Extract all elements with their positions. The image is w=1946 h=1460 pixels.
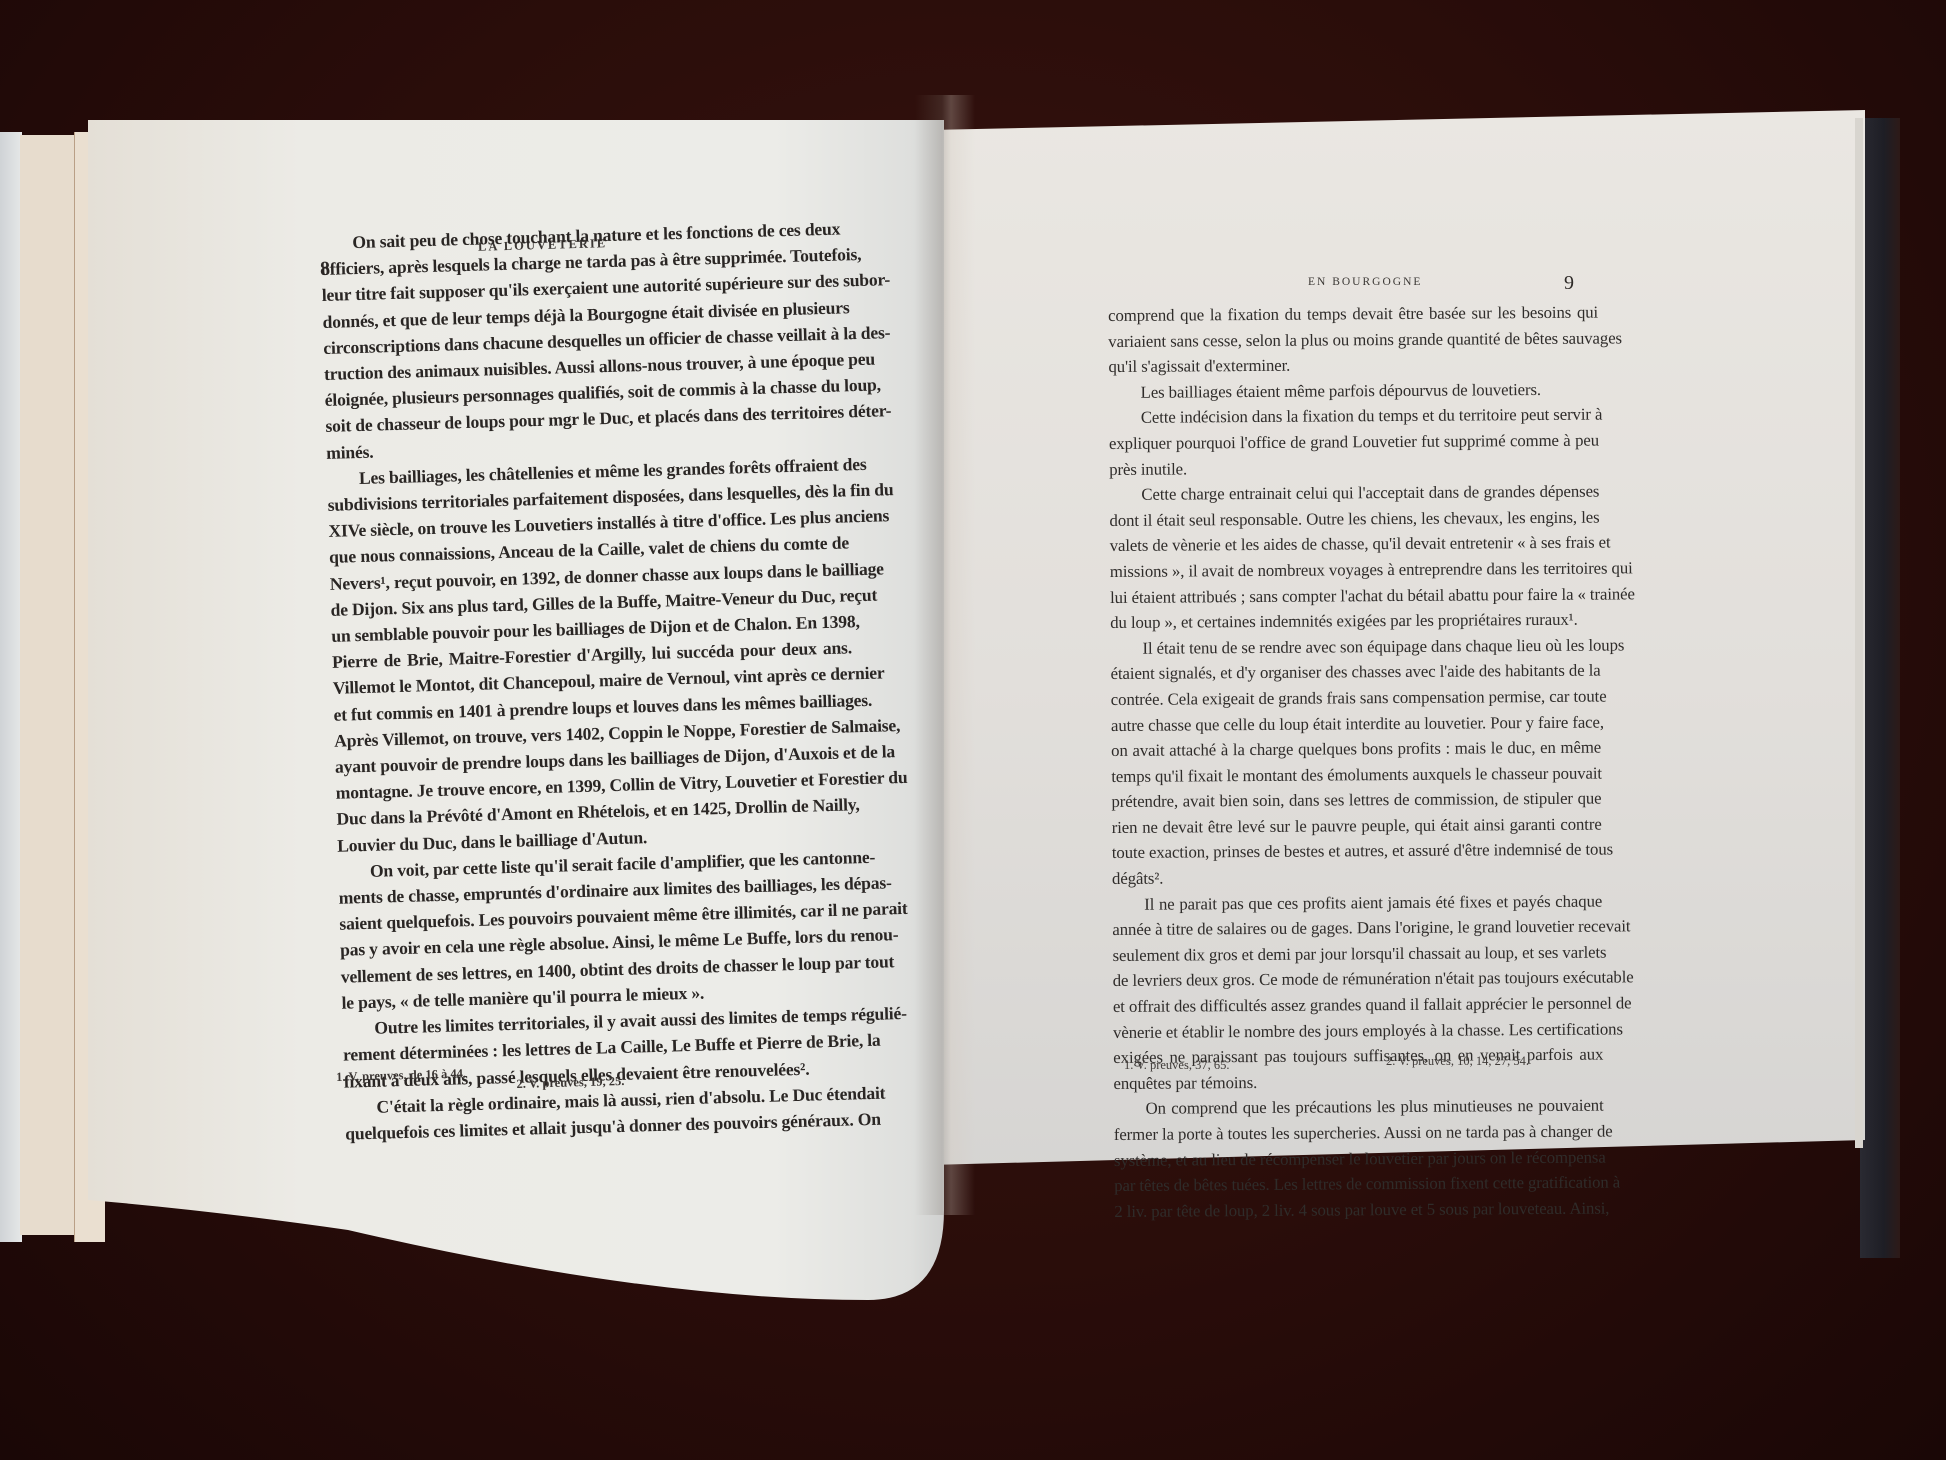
footnote-2: 2. V. preuves, 19, 25. [516,1074,624,1092]
photo-scene: LA LOUVETERIE 8 On sait peu de chose tou… [0,0,1946,1460]
text-line: expliquer pourquoi l'office de grand Lou… [1109,428,1599,457]
text-line: on avait attaché à la charge quelques bo… [1111,735,1601,764]
text-line: temps qu'il fixait le montant des émolum… [1111,760,1601,789]
text-line: valets de vènerie et les aides de chasse… [1110,530,1600,559]
text-line: On comprend que les précautions les plus… [1114,1093,1604,1122]
text-line: par têtes de bêtes tuées. Les lettres de… [1114,1170,1604,1199]
text-line: lui étaient attribués ; sans compter l'a… [1110,581,1600,610]
book-cover-right-edge [1860,118,1900,1258]
text-line: Il ne parait pas que ces profits aient j… [1112,888,1602,917]
gutter-shadow [915,95,975,1215]
text-line: variaient sans cesse, selon la plus ou m… [1108,325,1598,354]
text-line: 2 liv. par tête de loup, 2 liv. 4 sous p… [1114,1195,1604,1224]
text-line: missions », il avait de nombreux voyages… [1110,556,1600,585]
text-line: comprend que la fixation du temps devait… [1108,300,1598,329]
page-number-right: 9 [1564,272,1574,295]
text-line: et offrait des difficultés assez grandes… [1113,991,1603,1020]
text-line: année à titre de salaires ou de gages. D… [1112,914,1602,943]
text-line: prétendre, avait bien soin, dans ses let… [1111,786,1601,815]
running-head-right: EN BOURGOGNE [1308,276,1422,288]
text-line: toute exaction, prinses de bestes et aut… [1112,837,1602,866]
right-page-edge [1855,118,1863,1148]
text-line: dont il était seul responsable. Outre le… [1109,504,1599,533]
text-line: contrée. Cela exigeait de grands frais s… [1111,683,1601,712]
right-page-body: comprend que la fixation du temps devait… [1108,300,1604,1225]
text-line: Il était tenu de se rendre avec son équi… [1110,632,1600,661]
text-line: Les bailliages étaient même parfois dépo… [1109,376,1599,405]
text-line: vènerie et établir le nombre des jours e… [1113,1016,1603,1045]
text-line: rien ne devait être levé sur le pauvre p… [1112,811,1602,840]
text-line: dégâts². [1112,863,1602,892]
text-line: étaient signalés, et d'y organiser des c… [1111,658,1601,687]
footnote-1: 1. V. preuves, 37, 65. [1124,1058,1229,1073]
book-cover-left-edge [0,132,22,1242]
text-line: seulement dix gros et demi par jour lors… [1112,939,1602,968]
text-line: système, et au lieu de récompenser le lo… [1114,1144,1604,1173]
left-page-body: On sait peu de chose touchant la nature … [320,215,865,1146]
text-line: qu'il s'agissait d'exterminer. [1108,351,1598,380]
text-line: fermer la porte à toutes les supercherie… [1114,1119,1604,1148]
footnote-2: 2. V. preuves, 10, 14, 27, 54. [1386,1054,1529,1069]
text-line: Cette charge entrainait celui qui l'acce… [1109,479,1599,508]
text-line: près inutile. [1109,453,1599,482]
text-line: du loup », et certaines indemnités exigé… [1110,607,1600,636]
text-line: Cette indécision dans la fixation du tem… [1109,402,1599,431]
text-line: autre chasse que celle du loup était int… [1111,709,1601,738]
text-line: de levriers deux gros. Ce mode de rémuné… [1113,965,1603,994]
